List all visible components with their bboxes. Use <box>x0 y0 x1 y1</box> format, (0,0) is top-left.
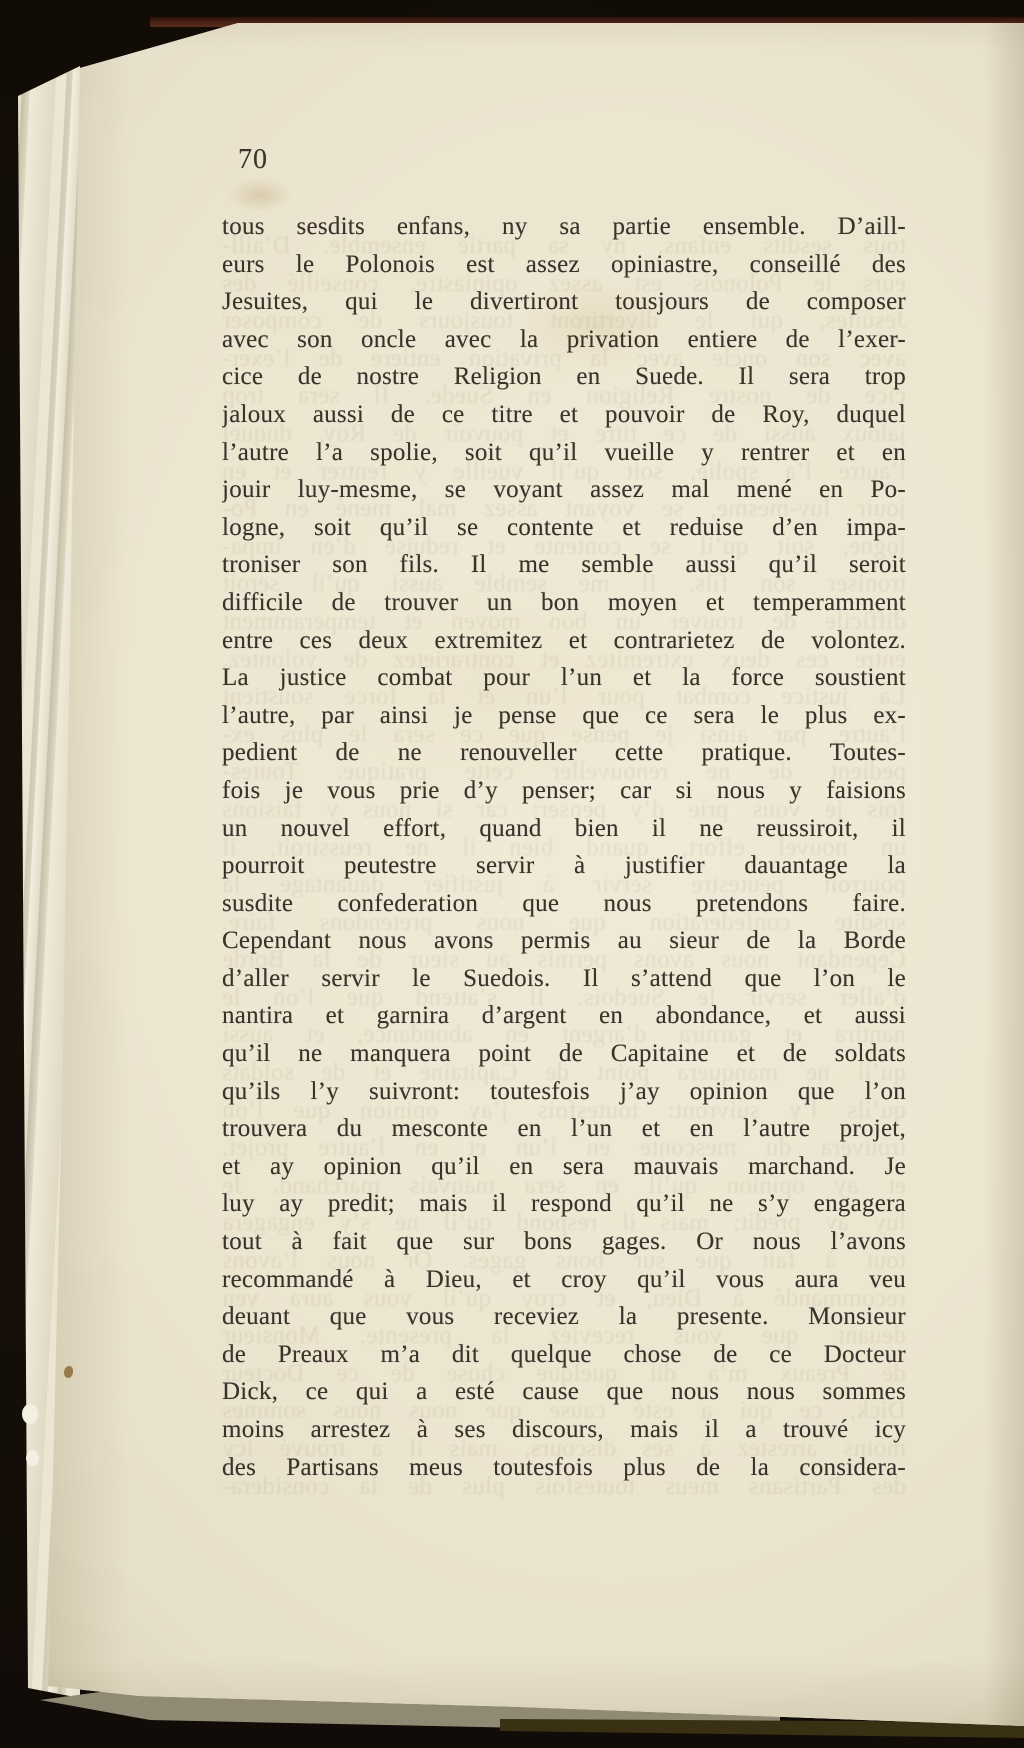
text-line: luy ay predit; mais il respond qu’il ne … <box>222 1185 906 1223</box>
text-line: tous sesdits enfans, ny sa partie ensemb… <box>222 208 906 246</box>
text-line: jouir luy-mesme, se voyant assez mal men… <box>222 471 906 509</box>
page-number: 70 <box>238 144 268 176</box>
text-line: l’autre l’a spolie, soit qu’il vueille y… <box>222 434 906 472</box>
text-line: pedient de ne renouveller cette pratique… <box>222 734 906 772</box>
text-line: d’aller servir le Suedois. Il s’attend q… <box>222 960 906 998</box>
text-line: logne, soit qu’il se contente et reduise… <box>222 509 906 547</box>
text-line: qu’il ne manquera point de Capitaine et … <box>222 1035 906 1073</box>
text-line: des Partisans meus toutesfois plus de la… <box>222 1449 906 1487</box>
page-shading-right <box>984 0 1024 1748</box>
text-line: entre ces deux extremitez et contrariete… <box>222 622 906 660</box>
text-line: difficile de trouver un bon moyen et tem… <box>222 584 906 622</box>
page-edge-highlight <box>22 1404 38 1424</box>
text-line: pourroit peutestre servir à justifier da… <box>222 847 906 885</box>
text-line: jaloux aussi de ce titre et pouvoir de R… <box>222 396 906 434</box>
text-line: de Preaux m’a dit quelque chose de ce Do… <box>222 1336 906 1374</box>
text-line: moins arrestez à ses discours, mais il a… <box>222 1411 906 1449</box>
text-line: et ay opinion qu’il en sera mauvais marc… <box>222 1148 906 1186</box>
text-line: nantira et garnira d’argent en abondance… <box>222 997 906 1035</box>
text-line: Jesuites, qui le divertiront tousjours d… <box>222 283 906 321</box>
page-edge-highlight <box>26 1450 39 1466</box>
text-line: troniser son fils. Il me semble aussi qu… <box>222 546 906 584</box>
text-block: tous sesdits enfans, ny sa partie ensemb… <box>222 208 906 1486</box>
text-line: La justice combat pour l’un et la force … <box>222 659 906 697</box>
text-line: trouvera du mesconte en l’un et en l’aut… <box>222 1110 906 1148</box>
text-line: eurs le Polonois est assez opiniastre, c… <box>222 246 906 284</box>
text-line: Cependant nous avons permis au sieur de … <box>222 922 906 960</box>
text-line: l’autre, par ainsi je pense que ce sera … <box>222 697 906 735</box>
text-line: tout à fait que sur bons gages. Or nous … <box>222 1223 906 1261</box>
text-line: Dick, ce qui a esté cause que nous nous … <box>222 1373 906 1411</box>
text-line: cice de nostre Religion en Suede. Il ser… <box>222 358 906 396</box>
text-line: avec son oncle avec la privation entiere… <box>222 321 906 359</box>
text-line: susdite confederation que nous pretendon… <box>222 885 906 923</box>
book-scan: tous sesdits enfans, ny sa partie ensemb… <box>0 0 1024 1748</box>
text-line: deuant que vous receviez la presente. Mo… <box>222 1298 906 1336</box>
paper-stain <box>228 178 292 212</box>
text-line: qu’ils l’y suivront: toutesfois j’ay opi… <box>222 1073 906 1111</box>
text-line: fois je vous prie d’y penser; car si nou… <box>222 772 906 810</box>
text-line: recommandé à Dieu, et croy qu’il vous au… <box>222 1261 906 1299</box>
text-line: un nouvel effort, quand bien il ne reuss… <box>222 810 906 848</box>
